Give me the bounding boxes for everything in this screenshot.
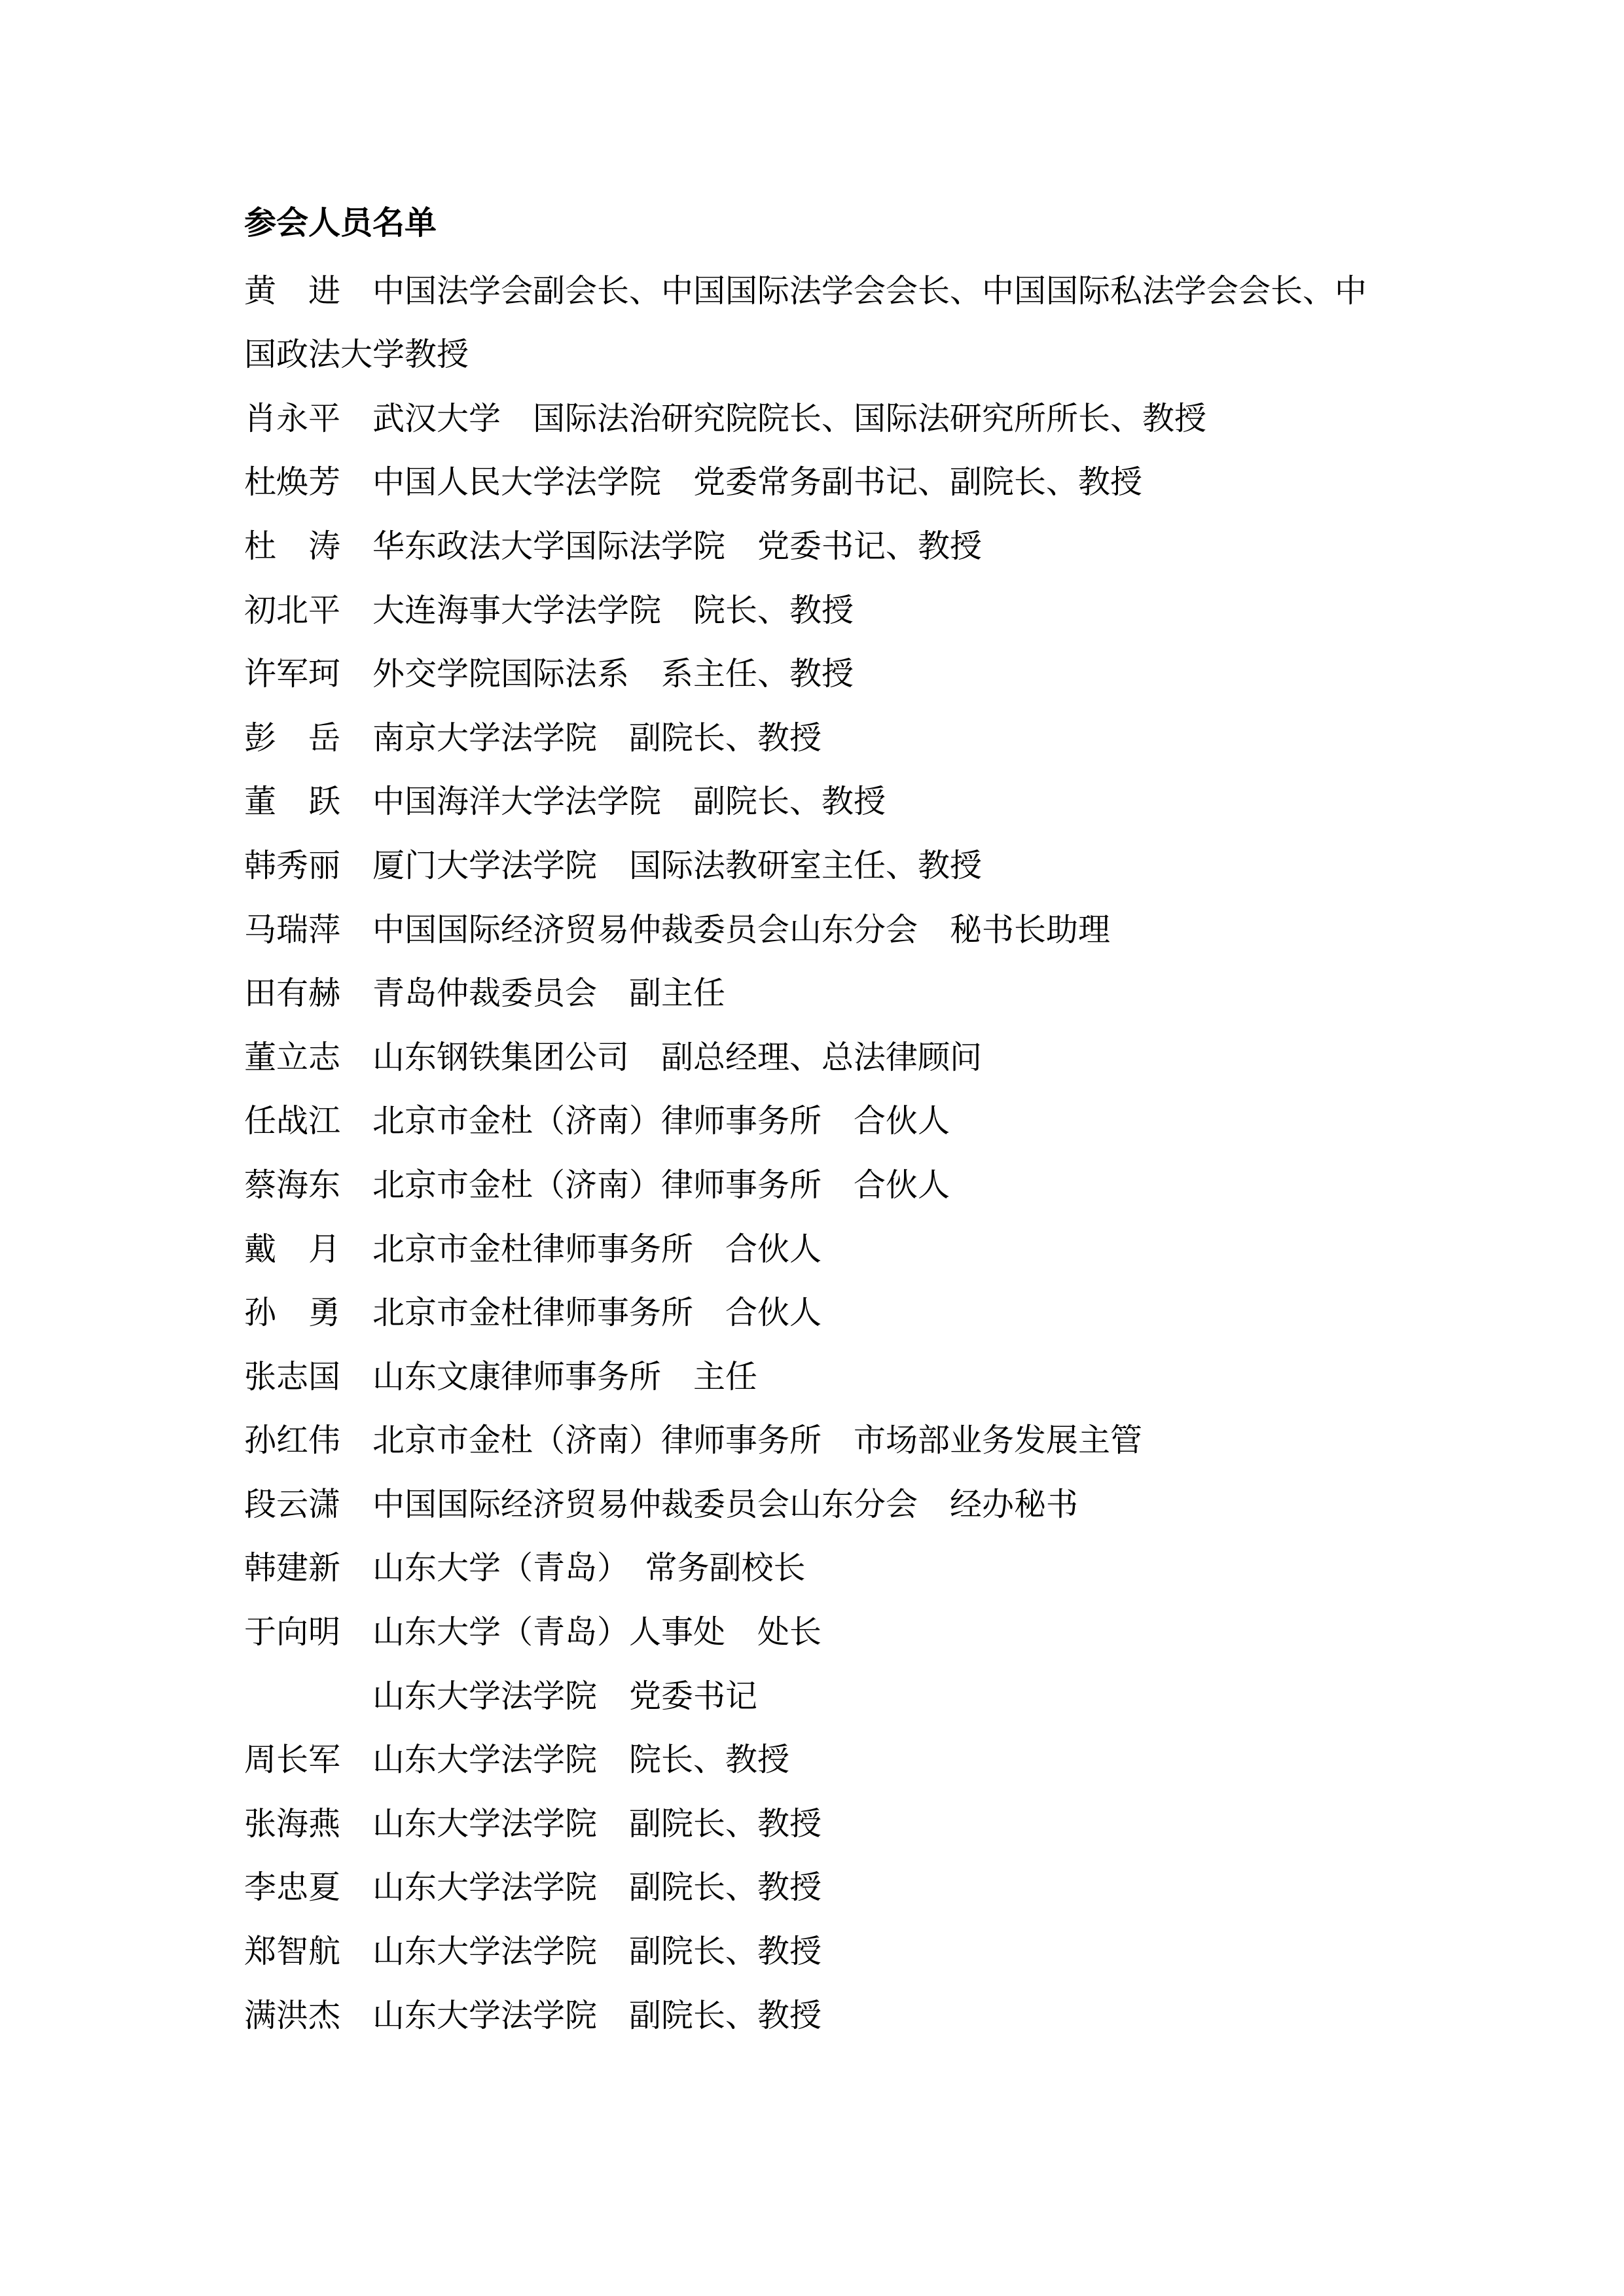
participant-entry: 于向明 山东大学（青岛）人事处 处长: [244, 1600, 1379, 1664]
participant-entry: 韩建新 山东大学（青岛） 常务副校长: [244, 1536, 1379, 1600]
name-role-separator: [340, 1933, 372, 1969]
name-role-separator: [340, 1742, 372, 1778]
participant-role: 中国人民大学法学院 党委常务副书记、副院长、教授: [372, 464, 1142, 500]
document-page: { "page": { "background_color": "#ffffff…: [0, 0, 1624, 2296]
participant-name: 初北平: [244, 592, 340, 628]
participant-entry: 满洪杰 山东大学法学院 副院长、教授: [244, 1984, 1379, 2048]
participant-role: 山东大学法学院 副院长、教授: [372, 1869, 821, 1905]
participant-name: 肖永平: [244, 401, 340, 437]
name-role-separator: [340, 1806, 372, 1842]
name-role-separator: [340, 1039, 372, 1075]
participant-role: 山东钢铁集团公司 副总经理、总法律顾问: [372, 1039, 982, 1075]
participant-role: 中国国际经济贸易仲裁委员会山东分会 经办秘书: [372, 1486, 1078, 1522]
participant-role: 中国法学会副会长、中国国际法学会会长、中国国际私法学会会长、中国政法大学教授: [244, 273, 1367, 373]
participant-entry: 张志国 山东文康律师事务所 主任: [244, 1345, 1379, 1409]
name-role-separator: [340, 1359, 372, 1395]
participant-role: 武汉大学 国际法治研究院院长、国际法研究所所长、教授: [372, 401, 1206, 437]
participant-name: 韩秀丽: [244, 848, 340, 884]
name-role-separator: [340, 1486, 372, 1522]
participant-entry: 黄 进 中国法学会副会长、中国国际法学会会长、中国国际私法学会会长、中国政法大学…: [244, 259, 1379, 387]
name-role-separator: [340, 1167, 372, 1203]
participant-name: 段云潇: [244, 1486, 340, 1522]
participant-entry: 马瑞萍 中国国际经济贸易仲裁委员会山东分会 秘书长助理: [244, 898, 1379, 962]
participant-entry: 肖永平 武汉大学 国际法治研究院院长、国际法研究所所长、教授: [244, 387, 1379, 451]
name-role-separator: [340, 1998, 372, 2034]
document-title: 参会人员名单: [244, 191, 1379, 255]
name-role-separator: [340, 656, 372, 692]
participant-role: 北京市金杜律师事务所 合伙人: [372, 1295, 821, 1331]
name-role-separator: [340, 1614, 372, 1650]
name-role-separator: [340, 273, 372, 309]
participant-role: 北京市金杜（济南）律师事务所 合伙人: [372, 1167, 950, 1203]
participant-entry: 戴 月 北京市金杜律师事务所 合伙人: [244, 1217, 1379, 1282]
participant-name: 许军珂: [244, 656, 340, 692]
name-role-separator: [340, 1678, 372, 1714]
participant-name: 周长军: [244, 1742, 340, 1778]
name-role-separator: [340, 720, 372, 756]
name-role-separator: [340, 1550, 372, 1586]
participant-entry: 杜 涛 华东政法大学国际法学院 党委书记、教授: [244, 514, 1379, 579]
participant-name: 田有赫: [244, 975, 340, 1011]
participant-entry: 任战江 北京市金杜（济南）律师事务所 合伙人: [244, 1089, 1379, 1153]
name-role-separator: [340, 975, 372, 1011]
participant-name: 杜 涛: [244, 528, 340, 564]
name-role-separator: [340, 1295, 372, 1331]
participant-entry: 杜焕芳 中国人民大学法学院 党委常务副书记、副院长、教授: [244, 450, 1379, 514]
participant-entry: 周长军 山东大学法学院 院长、教授: [244, 1728, 1379, 1792]
name-role-separator: [340, 1231, 372, 1267]
participant-name: 黄 进: [244, 273, 340, 309]
name-role-separator: [340, 848, 372, 884]
participant-role: 外交学院国际法系 系主任、教授: [372, 656, 854, 692]
participant-name: 孙红伟: [244, 1422, 340, 1458]
participant-entry: 孙 勇 北京市金杜律师事务所 合伙人: [244, 1281, 1379, 1345]
participant-role: 山东大学（青岛） 常务副校长: [372, 1550, 806, 1586]
participant-role: 山东大学法学院 党委书记: [372, 1678, 757, 1714]
participant-role: 山东文康律师事务所 主任: [372, 1359, 757, 1395]
participant-name: 董 跃: [244, 783, 340, 819]
participant-name: 孙 勇: [244, 1295, 340, 1331]
participant-name: 李忠夏: [244, 1869, 340, 1905]
participant-name: 马瑞萍: [244, 912, 340, 948]
participant-name: 于向明: [244, 1614, 340, 1650]
participant-role: 山东大学法学院 副院长、教授: [372, 1933, 821, 1969]
participant-entry: 董立志 山东钢铁集团公司 副总经理、总法律顾问: [244, 1026, 1379, 1090]
participant-name: 董立志: [244, 1039, 340, 1075]
name-role-separator: [340, 1869, 372, 1905]
participant-list: 参会人员名单 黄 进 中国法学会副会长、中国国际法学会会长、中国国际私法学会会长…: [244, 191, 1379, 2047]
participant-entry: 董 跃 中国海洋大学法学院 副院长、教授: [244, 770, 1379, 834]
participant-role: 北京市金杜（济南）律师事务所 市场部业务发展主管: [372, 1422, 1142, 1458]
participant-role: 中国国际经济贸易仲裁委员会山东分会 秘书长助理: [372, 912, 1110, 948]
participant-role: 山东大学法学院 院长、教授: [372, 1742, 789, 1778]
participant-entry: 山东大学法学院 党委书记: [244, 1664, 1379, 1729]
participant-name: 戴 月: [244, 1231, 340, 1267]
participant-name: 彭 岳: [244, 720, 340, 756]
name-role-separator: [340, 592, 372, 628]
participant-entry: 郑智航 山东大学法学院 副院长、教授: [244, 1920, 1379, 1984]
participant-entry: 蔡海东 北京市金杜（济南）律师事务所 合伙人: [244, 1153, 1379, 1217]
page-sheet: 参会人员名单 黄 进 中国法学会副会长、中国国际法学会会长、中国国际私法学会会长…: [0, 0, 1624, 2296]
name-role-separator: [340, 912, 372, 948]
participant-name: 张海燕: [244, 1806, 340, 1842]
participant-role: 山东大学法学院 副院长、教授: [372, 1998, 821, 2034]
participant-entry: 段云潇 中国国际经济贸易仲裁委员会山东分会 经办秘书: [244, 1473, 1379, 1537]
name-role-separator: [340, 528, 372, 564]
participant-role: 山东大学（青岛）人事处 处长: [372, 1614, 821, 1650]
participant-role: 中国海洋大学法学院 副院长、教授: [372, 783, 886, 819]
participant-name: 蔡海东: [244, 1167, 340, 1203]
participant-name: [244, 1678, 340, 1714]
name-role-separator: [340, 401, 372, 437]
participant-role: 厦门大学法学院 国际法教研室主任、教授: [372, 848, 982, 884]
participant-name: 张志国: [244, 1359, 340, 1395]
participant-role: 山东大学法学院 副院长、教授: [372, 1806, 821, 1842]
participant-role: 青岛仲裁委员会 副主任: [372, 975, 725, 1011]
participant-name: 郑智航: [244, 1933, 340, 1969]
participant-entry: 初北平 大连海事大学法学院 院长、教授: [244, 579, 1379, 643]
participant-entry: 许军珂 外交学院国际法系 系主任、教授: [244, 642, 1379, 706]
participant-entry: 李忠夏 山东大学法学院 副院长、教授: [244, 1856, 1379, 1920]
name-role-separator: [340, 1422, 372, 1458]
participant-name: 满洪杰: [244, 1998, 340, 2034]
participant-name: 韩建新: [244, 1550, 340, 1586]
participant-name: 任战江: [244, 1103, 340, 1139]
participant-role: 北京市金杜律师事务所 合伙人: [372, 1231, 821, 1267]
participant-entry: 韩秀丽 厦门大学法学院 国际法教研室主任、教授: [244, 834, 1379, 898]
participant-entry: 田有赫 青岛仲裁委员会 副主任: [244, 961, 1379, 1026]
name-role-separator: [340, 783, 372, 819]
name-role-separator: [340, 1103, 372, 1139]
participant-name: 杜焕芳: [244, 464, 340, 500]
name-role-separator: [340, 464, 372, 500]
participant-role: 华东政法大学国际法学院 党委书记、教授: [372, 528, 982, 564]
participant-entry: 彭 岳 南京大学法学院 副院长、教授: [244, 706, 1379, 770]
participant-role: 南京大学法学院 副院长、教授: [372, 720, 821, 756]
participant-entry: 张海燕 山东大学法学院 副院长、教授: [244, 1792, 1379, 1856]
participant-role: 大连海事大学法学院 院长、教授: [372, 592, 854, 628]
participant-entry: 孙红伟 北京市金杜（济南）律师事务所 市场部业务发展主管: [244, 1408, 1379, 1473]
participant-role: 北京市金杜（济南）律师事务所 合伙人: [372, 1103, 950, 1139]
